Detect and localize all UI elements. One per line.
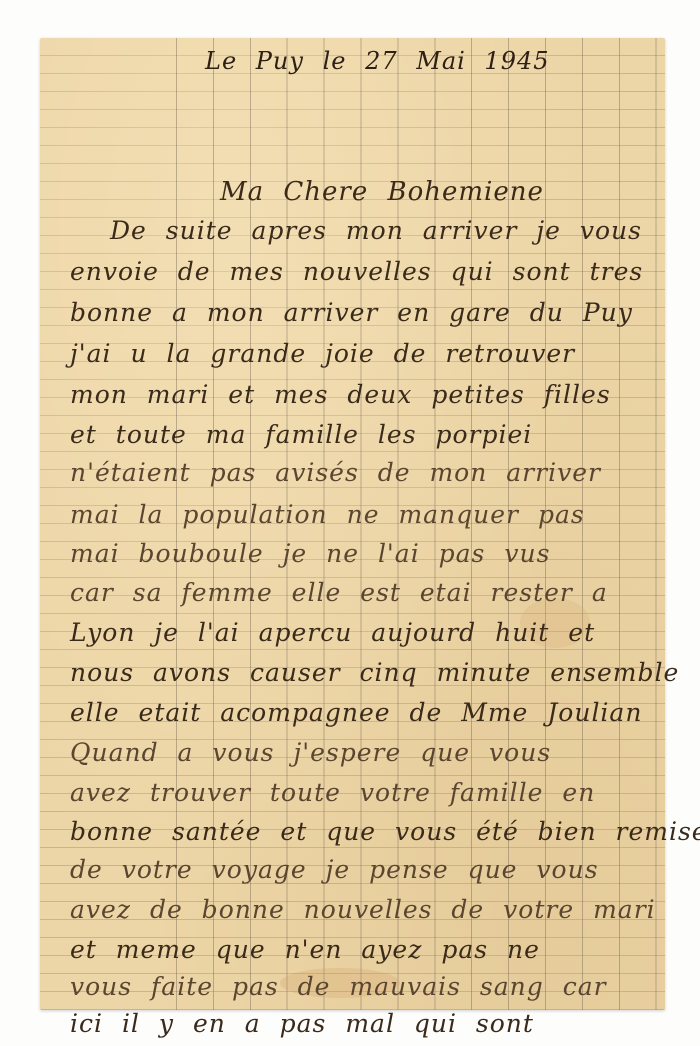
letter-line: envoie de mes nouvelles qui sont tres [70, 257, 665, 286]
letter-line: n'étaient pas avisés de mon arriver [70, 458, 665, 487]
letter-line: mai bouboule je ne l'ai pas vus [70, 539, 665, 568]
letter-line: mon mari et mes deux petites filles [70, 380, 665, 409]
letter-line: Lyon je l'ai apercu aujourd huit et [70, 618, 665, 647]
letter-line: Quand a vous j'espere que vous [70, 738, 665, 767]
letter-dateline: Le Puy le 27 Mai 1945 [205, 47, 665, 75]
letter-line: De suite apres mon arriver je vous [110, 216, 665, 245]
letter-line: et meme que n'en ayez pas ne [70, 935, 665, 964]
letter-line: bonne a mon arriver en gare du Puy [70, 298, 665, 327]
letter-line: avez de bonne nouvelles de votre mari [70, 895, 665, 924]
letter-line: car sa femme elle est etai rester a [70, 578, 665, 607]
letter-line: bonne santée et que vous été bien remise [70, 817, 665, 846]
letter-line: elle etait acompagnee de Mme Joulian [70, 698, 665, 727]
letter-salutation: Ma Chere Bohemiene [220, 177, 665, 207]
letter-line: mai la population ne manquer pas [70, 500, 665, 529]
letter-line: avez trouver toute votre famille en [70, 778, 665, 807]
letter-line: vous faite pas de mauvais sang car [70, 972, 665, 1001]
letter-line: nous avons causer cinq minute ensemble [70, 658, 665, 687]
letter-line: et toute ma famille les porpiei [70, 420, 665, 449]
letter-line: j'ai u la grande joie de retrouver [70, 339, 665, 368]
letter-line: de votre voyage je pense que vous [70, 855, 665, 884]
letter-paper: Le Puy le 27 Mai 1945 Ma Chere Bohemiene… [40, 38, 665, 1010]
letter-line: ici il y en a pas mal qui sont [70, 1009, 665, 1038]
